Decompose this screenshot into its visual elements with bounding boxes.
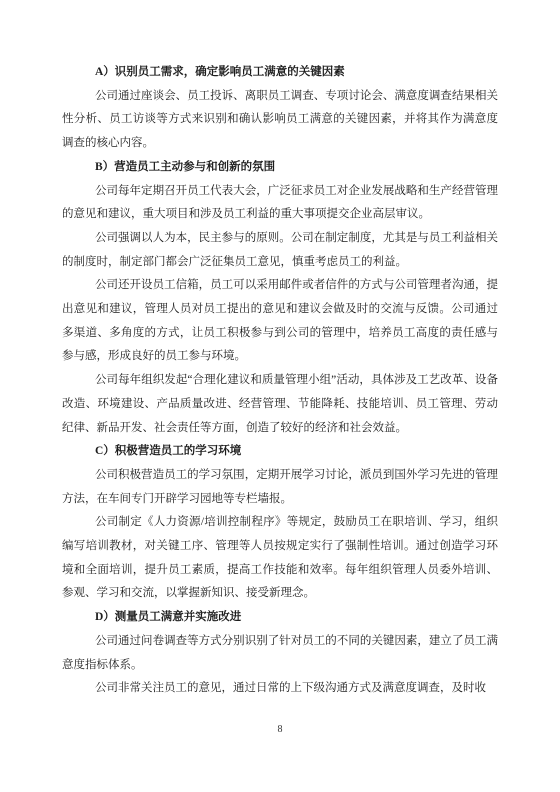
paragraph-congress: 公司每年定期召开员工代表大会，广泛征求员工对企业发展战略和生产经营管理的意见和建… — [62, 180, 498, 227]
document-page: A）识别员工需求，确定影响员工满意的关键因素 公司通过座谈会、员工投诉、离职员工… — [0, 0, 560, 792]
document-body: A）识别员工需求，确定影响员工满意的关键因素 公司通过座谈会、员工投诉、离职员工… — [62, 61, 498, 701]
paragraph-survey-system: 公司通过问卷调查等方式分别识别了针对员工的不同的关键因素，建立了员工满意度指标体… — [62, 630, 498, 677]
paragraph-mailbox: 公司还开设员工信箱，员工可以采用邮件或者信件的方式与公司管理者沟通，提出意见和建… — [62, 274, 498, 369]
section-heading-c: C）积极营造员工的学习环境 — [62, 440, 498, 464]
paragraph-learning-env: 公司积极营造员工的学习氛围，定期开展学习讨论，派员到国外学习先进的管理方法，在车… — [62, 464, 498, 511]
paragraph-qc-activities: 公司每年组织发起“合理化建议和质量管理小组”活动，具体涉及工艺改革、设备改造、环… — [62, 369, 498, 440]
paragraph-people-first: 公司强调以人为本，民主参与的原则。公司在制定制度，尤其是与员工利益相关的制度时，… — [62, 227, 498, 274]
section-heading-b: B）营造员工主动参与和创新的氛围 — [62, 156, 498, 180]
section-heading-a: A）识别员工需求，确定影响员工满意的关键因素 — [62, 61, 498, 85]
paragraph-training-program: 公司制定《人力资源/培训控制程序》等规定，鼓励员工在职培训、学习，组织编写培训教… — [62, 511, 498, 606]
paragraph-identify-needs: 公司通过座谈会、员工投诉、离职员工调查、专项讨论会、满意度调查结果相关性分析、员… — [62, 85, 498, 156]
page-number: 8 — [0, 723, 560, 737]
section-heading-d: D）测量员工满意并实施改进 — [62, 606, 498, 630]
paragraph-feedback-partial: 公司非常关注员工的意见，通过日常的上下级沟通方式及满意度调查，及时收 — [62, 677, 498, 701]
